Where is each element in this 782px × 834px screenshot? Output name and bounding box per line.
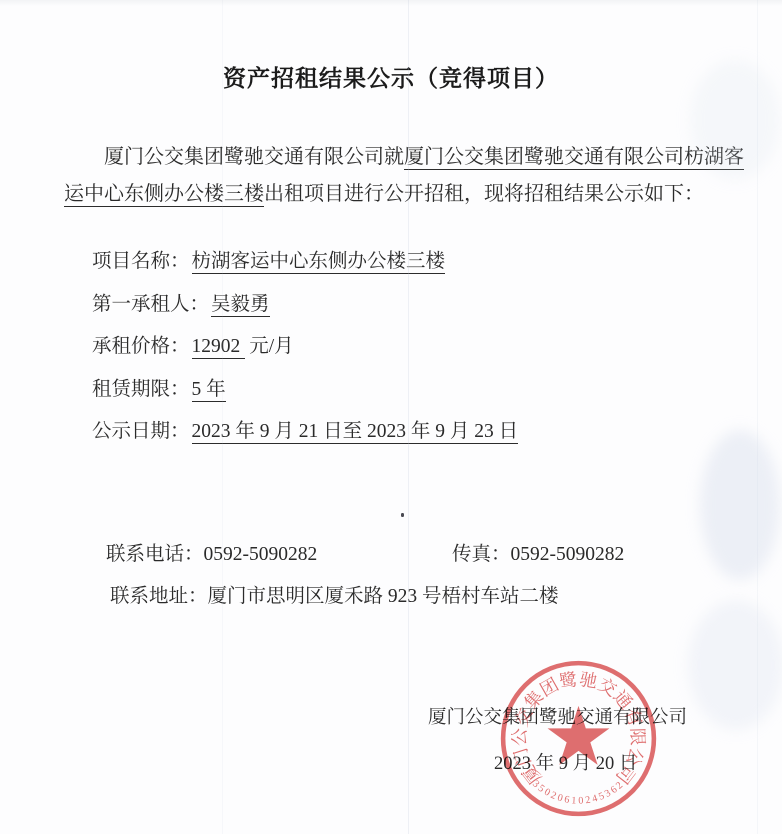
intro-line2-underlined: 运中心东侧办公楼三楼 — [64, 183, 264, 207]
field-lease-term: 租赁期限：5 年 — [92, 378, 522, 402]
field-label: 项目名称： — [92, 251, 190, 272]
intro-line-2: 运中心东侧办公楼三楼出租项目进行公开招租，现将招租结果公示如下： — [64, 176, 770, 213]
fax-value: 0592-5090282 — [511, 544, 625, 565]
field-value: 2023 年 9 月 21 日至 2023 年 9 月 23 日 — [192, 421, 519, 444]
field-value: 枋湖客运中心东侧办公楼三楼 — [192, 251, 446, 274]
field-label: 公示日期： — [92, 421, 190, 442]
intro-line2-plain: 出租项目进行公开招租，现将招租结果公示如下： — [264, 183, 704, 205]
contact-fax: 传真：0592-5090282 — [452, 538, 624, 566]
field-suffix: 元/月 — [249, 336, 293, 357]
page-title: 资产招租结果公示（竞得项目） — [0, 60, 782, 93]
field-value: 12902 — [192, 336, 246, 359]
intro-line1-plain: 厦门公交集团鹭驰交通有限公司就 — [104, 146, 404, 168]
result-fields: 项目名称：枋湖客运中心东侧办公楼三楼 第一承租人：吴毅勇 承租价格：12902元… — [92, 250, 522, 463]
company-seal-stamp: 厦门公交集团鹭驰交通有限公司 35020610245362 — [497, 657, 660, 820]
field-project-name: 项目名称：枋湖客运中心东侧办公楼三楼 — [92, 250, 522, 274]
address-value: 厦门市思明区厦禾路 923 号梧村车站二楼 — [208, 586, 559, 607]
field-rent-price: 承租价格：12902元/月 — [92, 335, 522, 359]
seal-serial-number: 35020610245362 — [530, 779, 627, 807]
fax-label: 传真： — [452, 544, 511, 565]
intro-line-1: 厦门公交集团鹭驰交通有限公司就厦门公交集团鹭驰交通有限公司枋湖客 — [64, 139, 770, 176]
field-publicity-period: 公示日期：2023 年 9 月 21 日至 2023 年 9 月 23 日 — [92, 420, 522, 444]
scan-artifact-smudge — [700, 430, 780, 580]
field-label: 承租价格： — [92, 336, 190, 357]
contact-address: 联系地址：厦门市思明区厦禾路 923 号梧村车站二楼 — [110, 580, 559, 608]
scan-artifact-smudge — [688, 600, 782, 730]
field-value: 吴毅勇 — [211, 294, 270, 317]
field-first-lessee: 第一承租人：吴毅勇 — [92, 293, 522, 317]
field-value: 5 年 — [192, 379, 226, 402]
address-label: 联系地址： — [110, 586, 208, 607]
contact-phone: 联系电话：0592-5090282 — [106, 538, 317, 566]
intro-line1-underlined: 厦门公交集团鹭驰交通有限公司枋湖客 — [404, 146, 744, 170]
field-label: 租赁期限： — [92, 379, 190, 400]
seal-star-icon — [548, 706, 610, 765]
field-label: 第一承租人： — [92, 294, 209, 315]
scan-artifact-line — [757, 0, 758, 834]
phone-value: 0592-5090282 — [204, 544, 318, 565]
scan-artifact-speck — [401, 513, 404, 517]
announcement-document: 资产招租结果公示（竞得项目） 厦门公交集团鹭驰交通有限公司就厦门公交集团鹭驰交通… — [0, 0, 782, 834]
phone-label: 联系电话： — [106, 544, 204, 565]
intro-paragraph: 厦门公交集团鹭驰交通有限公司就厦门公交集团鹭驰交通有限公司枋湖客 运中心东侧办公… — [64, 139, 770, 213]
